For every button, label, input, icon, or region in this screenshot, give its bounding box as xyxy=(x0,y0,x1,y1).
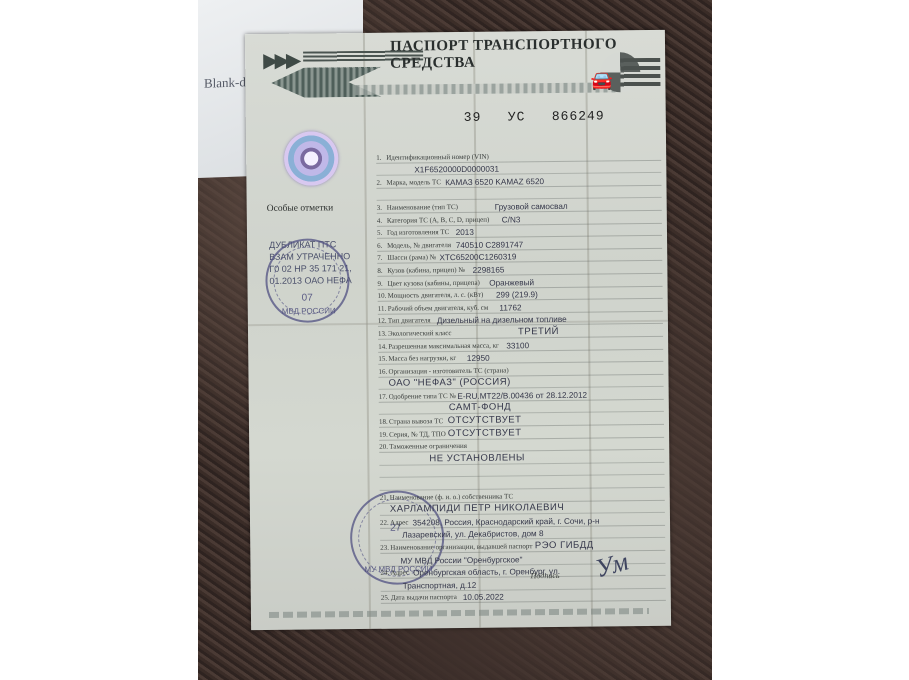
field-label: Мощность двигателя, л. с. (кВт) xyxy=(388,291,484,300)
field-number: 17. xyxy=(379,393,388,401)
serial-number: 39 УС 866249 xyxy=(464,108,605,124)
field-value: Дизельный на дизельном топливе xyxy=(437,315,567,325)
field-number: 24. xyxy=(380,569,389,577)
field-number: 18. xyxy=(379,418,388,426)
field-number: 14. xyxy=(378,342,387,350)
field-number: 3. xyxy=(377,204,382,212)
field-label: Год изготовления ТС xyxy=(387,228,449,237)
vehicle-passport-document: ▶▶▶ ПАСПОРТ ТРАНСПОРТНОГО СРЕДСТВА 🚘 39 … xyxy=(245,30,671,630)
triangle-arrows-icon: ▶▶▶ xyxy=(263,48,297,73)
field-number: 12. xyxy=(378,317,387,325)
field-value: X1F6520000D0000031 xyxy=(414,165,499,175)
field-number: 16. xyxy=(378,367,387,375)
field-label: Разрешенная максимальная масса, кг xyxy=(388,341,499,350)
field-label: Одобрение типа ТС № xyxy=(389,392,456,401)
field-value: Грузовой самосвал xyxy=(495,202,568,212)
field-number: 25. xyxy=(381,594,390,602)
field-value: КАМАЗ 6520 KAMAZ 6520 xyxy=(445,177,544,187)
field-value: 33100 xyxy=(506,341,529,350)
field-number: 5. xyxy=(377,229,382,237)
field-label: Наименование (тип ТС) xyxy=(387,203,458,212)
field-number: 8. xyxy=(377,267,382,275)
field-value: Е-RU.МТ22/В.00436 от 28.12.2012 xyxy=(457,391,587,401)
field-label: Шасси (рама) № xyxy=(387,254,436,263)
field-label: Организация - изготовитель ТС (страна) xyxy=(388,366,508,375)
hologram-emblem-icon xyxy=(284,131,339,186)
field-number: 13. xyxy=(378,330,387,338)
field-label: Серия, № ТД, ТПО xyxy=(389,430,446,439)
field-label: Категория ТС (A, B, C, D, прицеп) xyxy=(387,215,490,224)
field-value: САМТ-ФОНД xyxy=(449,402,511,414)
field-number: 6. xyxy=(377,242,382,250)
field-number: 15. xyxy=(378,355,387,363)
field-number: 23. xyxy=(380,544,389,552)
field-value: 299 (219.9) xyxy=(496,290,538,299)
passport-fields: 1.Идентификационный номер (VIN)X1F652000… xyxy=(376,148,666,604)
field-number: 20. xyxy=(379,443,388,451)
field-label: Наименование организации, выдавшей паспо… xyxy=(390,542,532,551)
field-value: 740510 C2891747 xyxy=(456,240,523,250)
field-label: Тип двигателя xyxy=(388,317,431,325)
signature-label: Подпись xyxy=(531,571,560,580)
field-value: ОАО "НЕФАЗ" (РОССИЯ) xyxy=(388,377,510,389)
field-label: Идентификационный номер (VIN) xyxy=(386,152,489,161)
field-number: 1. xyxy=(376,153,381,161)
field-label: Таможенные ограничения xyxy=(389,442,467,451)
microtext-band xyxy=(355,82,615,95)
field-value: Лазаревский, ул. Декабристов, дом 8 xyxy=(402,530,543,540)
field-value: XTC65200C1260319 xyxy=(439,253,516,263)
field-label: Адрес xyxy=(390,569,409,577)
field-number: 2. xyxy=(376,179,381,187)
stamp-seal-icon: 07 МВД РОССИИ xyxy=(265,238,350,323)
field-label: Страна вывоза ТС xyxy=(389,417,443,426)
field-label: Дата выдачи паспорта xyxy=(391,593,457,602)
field-number: 9. xyxy=(377,279,382,287)
field-value: ТРЕТИЙ xyxy=(518,326,559,337)
special-marks-label: Особые отметки xyxy=(267,203,334,214)
field-label: Масса без нагрузки, кг xyxy=(388,354,456,363)
field-value: ОТСУТСТВУЕТ xyxy=(448,414,522,426)
field-number: 4. xyxy=(377,216,382,224)
field-value: ХАРЛАМПИДИ ПЕТР НИКОЛАЕВИЧ xyxy=(390,502,564,515)
field-label: Экологический класс xyxy=(388,329,452,338)
car-globe-logo-icon: 🚘 xyxy=(590,52,660,95)
field-label: Марка, модель ТС xyxy=(386,178,441,187)
field-row: 25.Дата выдачи паспорта10.05.2022 xyxy=(381,589,666,605)
field-label: Кузов (кабина, прицеп) № xyxy=(387,266,465,275)
car-icon: 🚘 xyxy=(590,70,613,91)
field-value: РЭО ГИБДД xyxy=(535,540,594,552)
field-value: C/N3 xyxy=(502,215,521,224)
field-value: Транспортная, д.12 xyxy=(403,581,477,591)
field-number: 7. xyxy=(377,254,382,262)
field-number: 11. xyxy=(378,304,387,312)
field-label: Модель, № двигателя xyxy=(387,241,451,250)
field-value: 2013 xyxy=(456,228,474,237)
field-number: 10. xyxy=(378,292,387,300)
field-number: 22. xyxy=(380,519,389,527)
field-value: 11762 xyxy=(499,303,521,312)
field-value: ОТСУТСТВУЕТ xyxy=(448,427,522,439)
field-label: Цвет кузова (кабины, прицепа) xyxy=(387,278,479,287)
field-value: 10.05.2022 xyxy=(463,593,504,602)
field-number: 21. xyxy=(380,493,389,501)
field-value: 2298165 xyxy=(473,265,505,274)
field-label: Адрес xyxy=(390,518,409,526)
field-value: НЕ УСТАНОВЛЕНЫ xyxy=(429,452,525,464)
field-label: Наименование (ф. и. о.) собственника ТС xyxy=(390,492,513,501)
photo-background: Blank-dogs ▶▶▶ ПАСПОРТ ТРАНСПОРТНОГО СРЕ… xyxy=(198,0,712,680)
field-label: Рабочий объем двигателя, куб. см xyxy=(388,303,489,312)
field-value: 12950 xyxy=(467,354,490,363)
field-value: Оранжевый xyxy=(489,278,534,287)
field-value: МУ МВД России "Оренбургское" xyxy=(400,555,522,565)
field-number: 19. xyxy=(379,430,388,438)
